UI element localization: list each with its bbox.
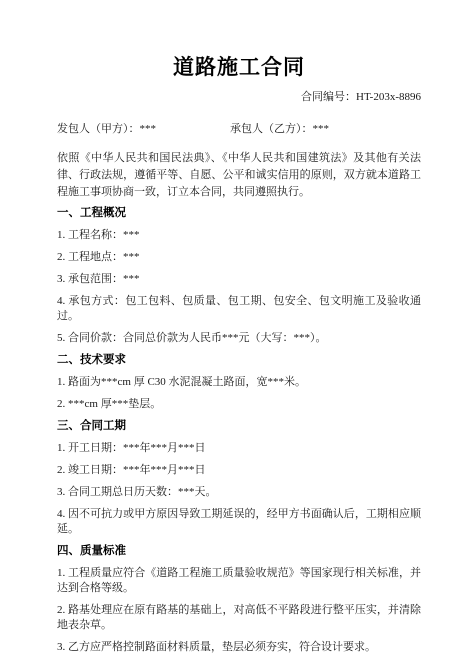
section-heading-project-overview: 一、工程概况 — [57, 206, 421, 221]
section-heading-quality-standards: 四、质量标准 — [57, 544, 421, 559]
section-heading-contract-duration: 三、合同工期 — [57, 419, 421, 434]
clause-project-location: 2. 工程地点：*** — [57, 250, 421, 265]
clause-delay-extension: 4. 因不可抗力或甲方原因导致工期延误的，经甲方书面确认后，工期相应顺延。 — [57, 507, 421, 537]
clause-roadbed-treatment: 2. 路基处理应在原有路基的基础上，对高低不平路段进行整平压实，并清除地表杂草。 — [57, 603, 421, 633]
clause-material-quality-control: 3. 乙方应严格控制路面材料质量，垫层必须夯实，符合设计要求。 — [57, 640, 421, 655]
party-b-text: 承包人（乙方）：*** — [230, 123, 329, 135]
section-heading-technical-requirements: 二、技术要求 — [57, 353, 421, 368]
document-title: 道路施工合同 — [57, 52, 421, 82]
preamble-paragraph: 依照《中华人民共和国民法典》、《中华人民共和国建筑法》及其他有关法律、行政法规，… — [57, 150, 421, 201]
contract-number-label: 合同编号： — [301, 91, 356, 103]
clause-start-date: 1. 开工日期：***年***月***日 — [57, 441, 421, 456]
parties-line: 发包人（甲方）：***承包人（乙方）：*** — [57, 122, 421, 137]
contract-number-line: 合同编号：HT-203x-8896 — [57, 90, 421, 105]
clause-contract-price: 5. 合同价款：合同总价款为人民币***元（大写：***）。 — [57, 331, 421, 346]
clause-contract-mode: 4. 承包方式：包工包料、包质量、包工期、包安全、包文明施工及验收通过。 — [57, 294, 421, 324]
clause-completion-date: 2. 竣工日期：***年***月***日 — [57, 463, 421, 478]
clause-contract-scope: 3. 承包范围：*** — [57, 272, 421, 287]
contract-document-page: 道路施工合同 合同编号：HT-203x-8896 发包人（甲方）：***承包人（… — [0, 0, 463, 655]
clause-project-name: 1. 工程名称：*** — [57, 228, 421, 243]
clause-pavement-spec: 1. 路面为***cm 厚 C30 水泥混凝土路面，宽***米。 — [57, 375, 421, 390]
contract-number-value: HT-203x-8896 — [356, 91, 421, 103]
party-a-text: 发包人（甲方）：*** — [57, 122, 230, 137]
clause-quality-compliance: 1. 工程质量应符合《道路工程施工质量验收规范》等国家现行相关标准，并达到合格等… — [57, 566, 421, 596]
clause-cushion-layer-spec: 2. ***cm 厚***垫层。 — [57, 397, 421, 412]
clause-total-calendar-days: 3. 合同工期总日历天数：***天。 — [57, 485, 421, 500]
